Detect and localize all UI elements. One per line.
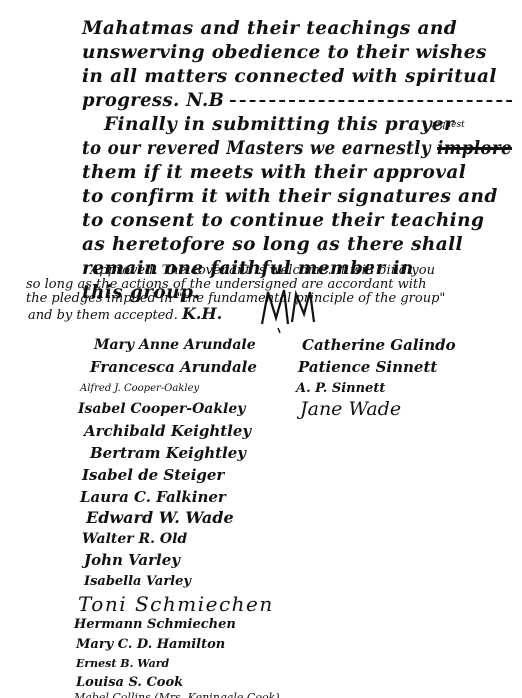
signature: Laura C. Falkiner [80, 490, 226, 505]
signature: Walter R. Old [82, 532, 187, 546]
correction-annotation: request [430, 120, 465, 130]
signature: Isabel Cooper-Oakley [78, 402, 245, 416]
signature: Toni Schmiechen [78, 594, 274, 614]
signature: A. P. Sinnett [296, 382, 385, 395]
signature: Mary C. D. Hamilton [76, 638, 225, 651]
approval-line-3: the pledges implied in "the fundamental … [26, 292, 445, 305]
body-line-7: them if it meets with their approval [82, 164, 466, 183]
master-m-signature-mark [258, 284, 318, 334]
signature: Isabel de Steiger [82, 468, 224, 483]
body-line-5: Finally in submitting this prayer [104, 116, 454, 135]
body-line-4: progress. N.B [82, 92, 512, 111]
signature: Archibald Keightley [84, 424, 251, 439]
signature: Mary Anne Arundale [94, 338, 256, 352]
body-line-2: unswerving obedience to their wishes [82, 44, 487, 63]
signature: John Varley [84, 553, 180, 568]
body-line-4-text: progress. N.B [82, 90, 224, 111]
signature: Louisa S. Cook [76, 676, 183, 689]
signature: Isabella Varley [84, 575, 191, 588]
signature: Mabel Collins (Mrs. Keningale Cook) [74, 692, 280, 698]
approval-line-4-text: and by them accepted. [28, 308, 178, 323]
dashed-rule [230, 100, 512, 102]
body-line-3: in all matters connected with spiritual [82, 68, 497, 87]
signature: Hermann Schmiechen [74, 618, 236, 631]
approval-line-2: so long as the actions of the undersigne… [26, 278, 427, 291]
manuscript-page: Mahatmas and their teachings and unswerv… [0, 0, 522, 698]
signature: Edward W. Wade [86, 510, 234, 526]
body-line-9: to consent to continue their teaching [82, 212, 484, 231]
kh-initials: K.H. [182, 304, 222, 323]
signature: Bertram Keightley [90, 446, 246, 461]
signature: Patience Sinnett [298, 360, 437, 375]
body-line-1: Mahatmas and their teachings and [82, 20, 457, 39]
body-line-6: to our revered Masters we earnestly impl… [82, 140, 512, 159]
signature: Catherine Galindo [302, 338, 456, 353]
signature: Jane Wade [300, 400, 401, 419]
body-line-10: as heretofore so long as there shall [82, 236, 463, 255]
struck-word: implore [437, 138, 512, 159]
signature: Francesca Arundale [90, 360, 257, 375]
approval-line-4: and by them accepted. K.H. [28, 306, 222, 322]
approval-line-1: Approved. The covenant is welcome. It wi… [90, 264, 450, 277]
signature: Ernest B. Ward [76, 658, 169, 669]
body-line-6-text: to our revered Masters we earnestly [82, 138, 431, 159]
signature: Alfred J. Cooper-Oakley [80, 384, 199, 394]
body-line-8: to confirm it with their signatures and [82, 188, 498, 207]
